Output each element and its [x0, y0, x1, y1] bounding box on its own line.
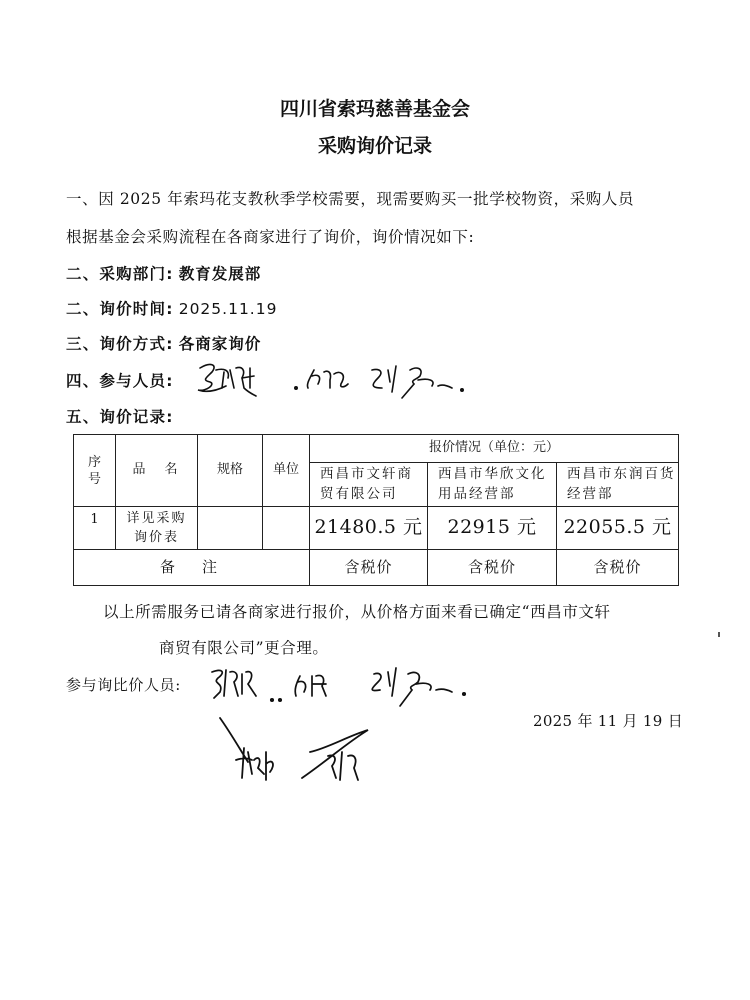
header-quote-group: 报价情况（单位：元） — [310, 435, 679, 463]
remark-label: 备 注 — [74, 550, 310, 586]
field-inquiry-method: 三、询价方式: 各商家询价 — [66, 332, 261, 354]
table-row: 1 详见采购询价表 21480.5 元 22915 元 22055.5 元 — [74, 507, 679, 550]
field-value: 教育发展部 — [179, 265, 262, 283]
row-spec — [198, 507, 263, 550]
field-label: 二、询价时间: — [66, 300, 174, 318]
participant-signatures — [196, 358, 476, 406]
intro-line-2: 根据基金会采购流程在各商家进行了询价，询价情况如下: — [66, 225, 474, 247]
vendor-1: 西昌市文轩商贸有限公司 — [310, 463, 428, 507]
conclusion-line-1: 以上所需服务已请各商家进行报价，从价格方面来看已确定“西昌市文轩 — [103, 600, 611, 622]
field-label: 四、参与人员: — [66, 372, 174, 390]
price-vendor-3: 22055.5 元 — [557, 507, 679, 550]
field-label: 五、询价记录: — [66, 408, 174, 426]
remark-vendor-2: 含税价 — [428, 550, 557, 586]
field-value: 2025.11.19 — [179, 300, 278, 318]
field-value: 各商家询价 — [179, 335, 262, 353]
field-inquiry-time: 二、询价时间: 2025.11.19 — [66, 297, 277, 319]
header-seq: 序号 — [74, 435, 116, 507]
row-unit — [263, 507, 310, 550]
field-participants: 四、参与人员: — [66, 369, 174, 391]
inquiry-participant-signatures — [208, 662, 478, 716]
field-department: 二、采购部门: 教育发展部 — [66, 262, 261, 284]
row-seq: 1 — [74, 507, 116, 550]
quotation-table: 序号 品 名 规格 单位 报价情况（单位：元） 西昌市文轩商贸有限公司 西昌市华… — [73, 434, 679, 586]
header-unit: 单位 — [263, 435, 310, 507]
remark-vendor-3: 含税价 — [557, 550, 679, 586]
row-item-name: 详见采购询价表 — [116, 507, 198, 550]
conclusion-line-2: 商贸有限公司”更合理。 — [159, 636, 329, 658]
org-title: 四川省索玛慈善基金会 — [0, 94, 750, 121]
approver-signatures — [218, 712, 388, 796]
price-vendor-2: 22915 元 — [428, 507, 557, 550]
scan-artifact-mark — [718, 632, 720, 637]
remark-vendor-1: 含税价 — [310, 550, 428, 586]
vendor-2: 西昌市华欣文化用品经营部 — [428, 463, 557, 507]
field-label: 二、采购部门: — [66, 265, 174, 283]
participants-label: 参与询比价人员: — [66, 674, 181, 695]
intro-line-1: 一、因 2025 年索玛花支教秋季学校需要，现需要购买一批学校物资，采购人员 — [66, 187, 634, 209]
field-inquiry-record: 五、询价记录: — [66, 405, 174, 427]
field-label: 三、询价方式: — [66, 335, 174, 353]
doc-title: 采购询价记录 — [0, 131, 750, 158]
price-vendor-1: 21480.5 元 — [310, 507, 428, 550]
document-date: 2025 年 11 月 19 日 — [533, 710, 683, 731]
header-spec: 规格 — [198, 435, 263, 507]
vendor-3: 西昌市东润百货经营部 — [557, 463, 679, 507]
header-item-name: 品 名 — [116, 435, 198, 507]
